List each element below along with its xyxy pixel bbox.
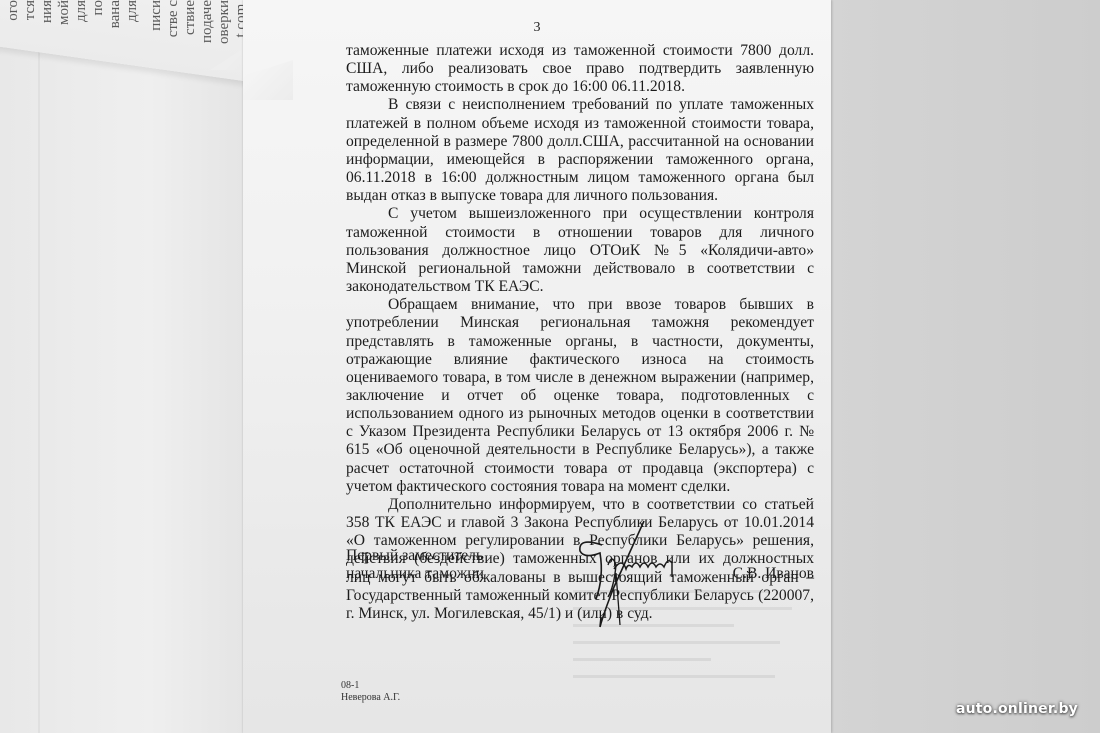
bleed-through-text [573,590,803,700]
bg-fragment: для [73,0,90,22]
bg-fragment: оверки [216,0,233,44]
sheet-edge-shadow [38,0,40,733]
bg-fragment: ого [5,0,22,21]
signatory-title: Первый заместитель начальника таможни [346,547,484,583]
executor-name: Неверова А.Г. [341,692,400,704]
bg-fragment: мой [56,0,73,25]
signatory-title-line: начальника таможни [346,565,484,583]
paragraph: Обращаем внимание, что при ввозе товаров… [346,296,814,496]
paragraph: В связи с неисполнением требований по уп… [346,96,814,205]
bg-fragment: вана [107,0,124,28]
bg-fragment: тся [22,0,39,20]
bg-fragment: стве с [165,0,182,37]
document-footer: 08-1 Неверова А.Г. [341,680,400,704]
paragraph: С учетом вышеизложенного при осуществлен… [346,205,814,296]
paragraph: таможенные платежи исходя из таможенной … [346,42,814,96]
photo-scene: ежное t.com. оверки подаче ствие стве с … [0,0,1100,733]
bg-fragment: ния [39,0,56,23]
document-page: 3 таможенные платежи исходя из таможенно… [243,0,831,733]
site-watermark: auto.onliner.by [956,701,1078,717]
bg-fragment: для [124,0,141,22]
bg-fragment: писи [148,0,165,31]
page-number: 3 [243,20,831,36]
bg-fragment: ствие [182,0,199,35]
bg-fragment: по [90,0,107,16]
document-code: 08-1 [341,680,400,692]
bg-fragment: подаче [199,0,216,43]
signatory-name: С.В. Иванов [733,565,814,583]
signatory-title-line: Первый заместитель [346,547,484,565]
background-sheet [0,0,250,733]
